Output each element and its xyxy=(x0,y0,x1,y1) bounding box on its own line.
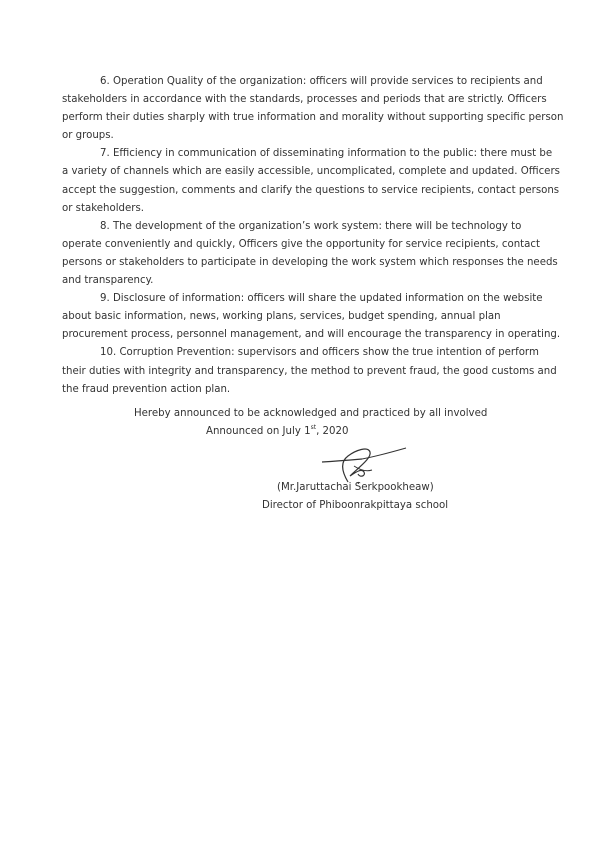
signer-title: Director of Phiboonrakpittaya school xyxy=(262,500,448,511)
item-line: or stakeholders. xyxy=(62,200,540,218)
item-line: about basic information, news, working p… xyxy=(62,308,540,326)
signature-icon xyxy=(318,442,410,484)
item-10: 10. Corruption Prevention: supervisors a… xyxy=(62,344,540,398)
item-line: and transparency. xyxy=(62,272,540,290)
announcement-body: 6. Operation Quality of the organization… xyxy=(62,73,540,399)
item-9: 9. Disclosure of information: officers w… xyxy=(62,290,540,344)
date-prefix: Announced on July 1 xyxy=(206,426,311,437)
signer-name: (Mr.Jaruttachai Serkpookheaw) xyxy=(277,482,434,493)
closing-statement: Hereby announced to be acknowledged and … xyxy=(134,408,487,419)
item-line: 10. Corruption Prevention: supervisors a… xyxy=(62,344,540,362)
item-line: accept the suggestion, comments and clar… xyxy=(62,182,540,200)
date-year: , 2020 xyxy=(316,426,348,437)
item-line: or groups. xyxy=(62,127,540,145)
item-line: 6. Operation Quality of the organization… xyxy=(62,73,540,91)
item-line: stakeholders in accordance with the stan… xyxy=(62,91,540,109)
item-line: 7. Efficiency in communication of dissem… xyxy=(62,145,540,163)
item-line: perform their duties sharply with true i… xyxy=(62,109,540,127)
item-line: 8. The development of the organization’s… xyxy=(62,218,540,236)
item-line: 9. Disclosure of information: officers w… xyxy=(62,290,540,308)
announcement-date: Announced on July 1st, 2020 xyxy=(206,426,348,437)
item-line: operate conveniently and quickly, Office… xyxy=(62,236,540,254)
item-line: procurement process, personnel managemen… xyxy=(62,326,540,344)
item-7: 7. Efficiency in communication of dissem… xyxy=(62,145,540,217)
item-line: the fraud prevention action plan. xyxy=(62,381,540,399)
item-line: persons or stakeholders to participate i… xyxy=(62,254,540,272)
item-6: 6. Operation Quality of the organization… xyxy=(62,73,540,145)
item-line: their duties with integrity and transpar… xyxy=(62,363,540,381)
item-line: a variety of channels which are easily a… xyxy=(62,163,540,181)
item-8: 8. The development of the organization’s… xyxy=(62,218,540,290)
